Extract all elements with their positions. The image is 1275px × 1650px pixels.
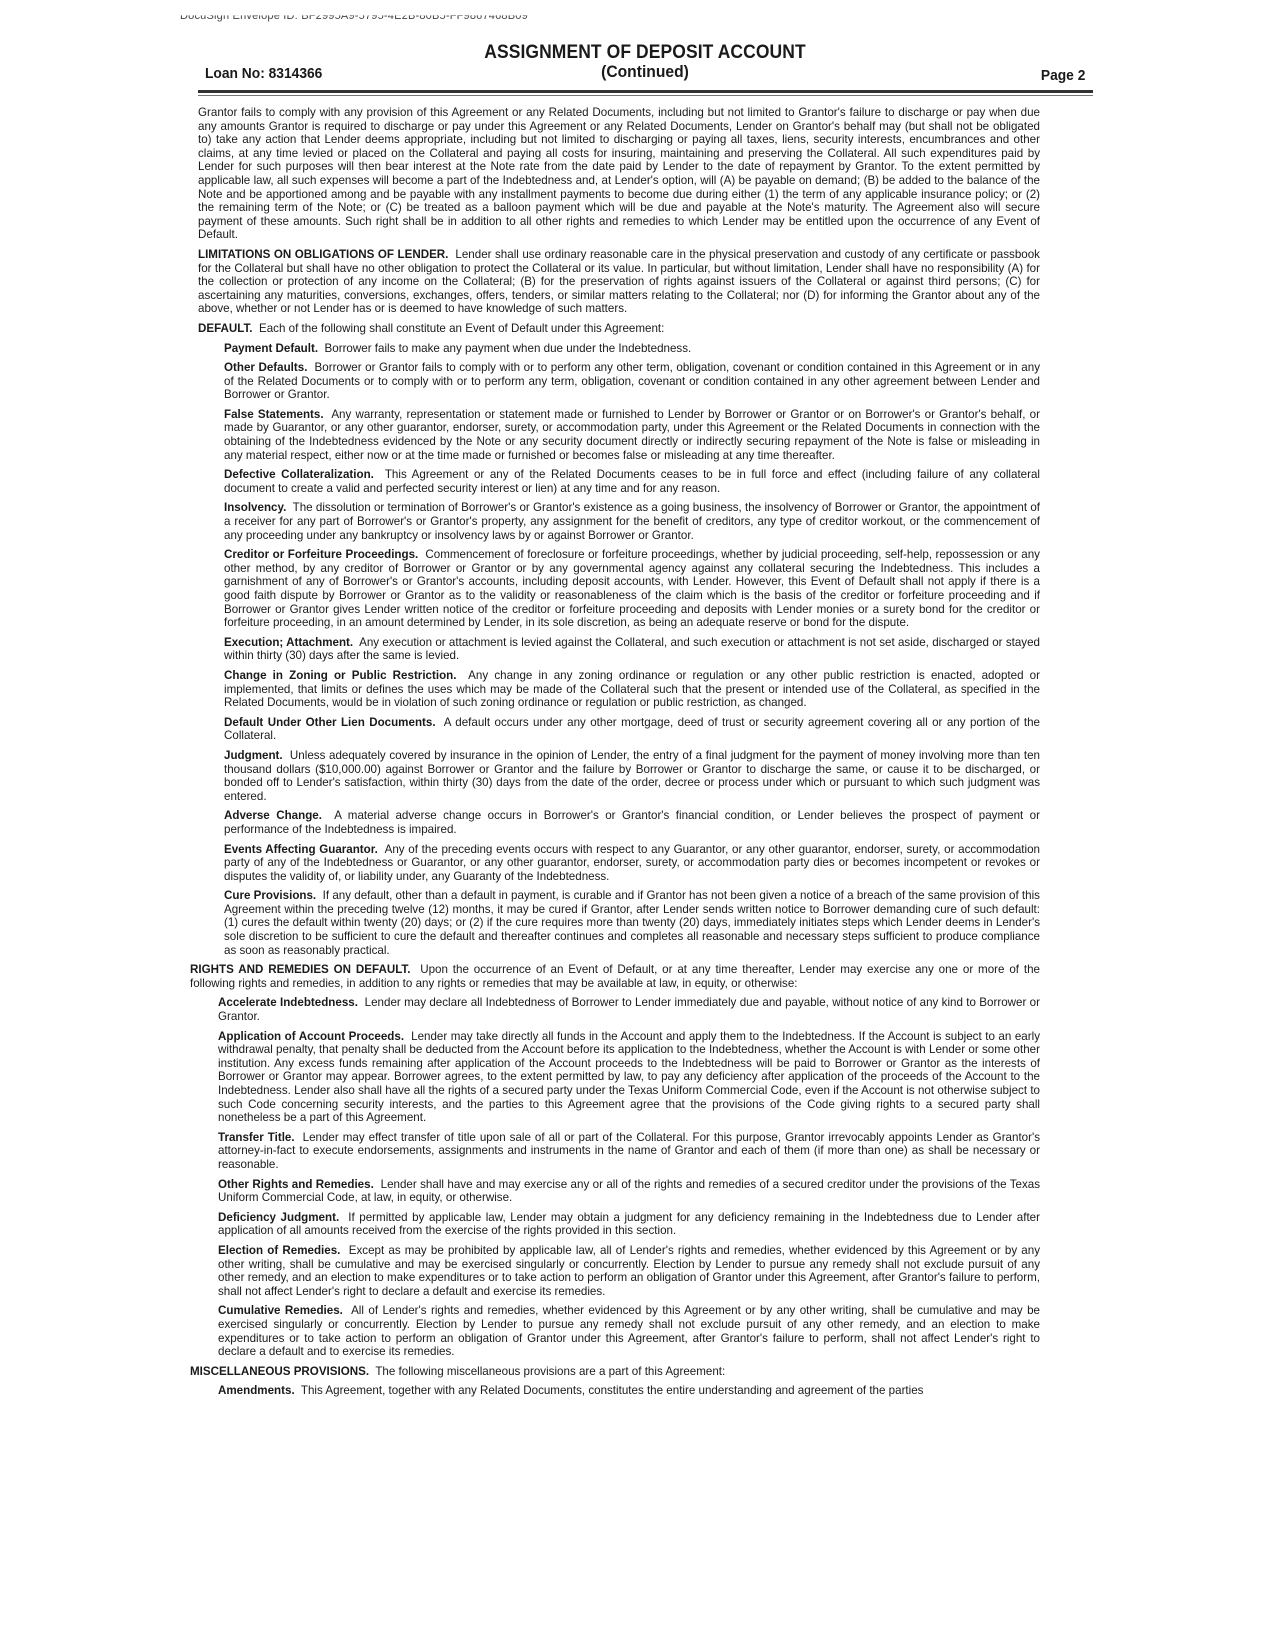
section-default: DEFAULT. Each of the following shall con…	[190, 322, 1040, 336]
item-heading: Events Affecting Guarantor.	[224, 843, 378, 856]
default-item: Judgment. Unless adequately covered by i…	[190, 749, 1040, 803]
item-text: Lender may take directly all funds in th…	[218, 1030, 1040, 1125]
section-rights-remedies: RIGHTS AND REMEDIES ON DEFAULT. Upon the…	[190, 963, 1040, 990]
item-text: Borrower or Grantor fails to comply with…	[224, 361, 1040, 401]
item-heading: Insolvency.	[224, 501, 286, 514]
item-heading: Cumulative Remedies.	[218, 1304, 343, 1317]
default-item: Adverse Change. A material adverse chang…	[190, 809, 1040, 836]
section-text: Each of the following shall constitute a…	[259, 322, 664, 335]
section-heading: LIMITATIONS ON OBLIGATIONS OF LENDER.	[198, 248, 448, 261]
item-text: A material adverse change occurs in Borr…	[224, 809, 1040, 836]
document-title: ASSIGNMENT OF DEPOSIT ACCOUNT	[240, 42, 1050, 64]
item-heading: Judgment.	[224, 749, 283, 762]
item-text: If permitted by applicable law, Lender m…	[218, 1211, 1040, 1238]
item-heading: Execution; Attachment.	[224, 636, 353, 649]
rights-item: Cumulative Remedies. All of Lender's rig…	[190, 1304, 1040, 1358]
document-subtitle: (Continued)	[240, 62, 1050, 82]
default-item: Change in Zoning or Public Restriction. …	[190, 669, 1040, 710]
default-item: Cure Provisions. If any default, other t…	[190, 889, 1040, 957]
rights-item: Election of Remedies. Except as may be p…	[190, 1244, 1040, 1298]
rights-item: Other Rights and Remedies. Lender shall …	[190, 1178, 1040, 1205]
item-heading: Cure Provisions.	[224, 889, 316, 902]
item-text: If any default, other than a default in …	[224, 889, 1040, 956]
page-number: Page 2	[1040, 67, 1085, 84]
item-heading: Application of Account Proceeds.	[218, 1030, 404, 1043]
item-heading: Transfer Title.	[218, 1131, 295, 1144]
section-heading: RIGHTS AND REMEDIES ON DEFAULT.	[190, 963, 410, 976]
default-item: False Statements. Any warranty, represen…	[190, 408, 1040, 462]
default-item: Events Affecting Guarantor. Any of the p…	[190, 843, 1040, 884]
rights-item: Deficiency Judgment. If permitted by app…	[190, 1211, 1040, 1238]
item-text: Unless adequately covered by insurance i…	[224, 749, 1040, 803]
item-heading: Change in Zoning or Public Restriction.	[224, 669, 456, 682]
item-text: Except as may be prohibited by applicabl…	[218, 1244, 1040, 1298]
envelope-id: DocuSign Envelope ID: BF2995A9-5795-4E2B…	[180, 10, 528, 22]
section-limitations: LIMITATIONS ON OBLIGATIONS OF LENDER. Le…	[190, 248, 1040, 316]
rights-item: Accelerate Indebtedness. Lender may decl…	[190, 996, 1040, 1023]
default-item: Defective Collateralization. This Agreem…	[190, 468, 1040, 495]
item-text: Any warranty, representation or statemen…	[224, 408, 1040, 462]
item-text: Lender may effect transfer of title upon…	[218, 1131, 1040, 1171]
item-heading: Accelerate Indebtedness.	[218, 996, 358, 1009]
document-body: Grantor fails to comply with any provisi…	[190, 106, 1040, 1404]
rights-item: Application of Account Proceeds. Lender …	[190, 1030, 1040, 1125]
section-heading: DEFAULT.	[198, 322, 253, 335]
misc-item: Amendments. This Agreement, together wit…	[190, 1384, 1040, 1398]
item-heading: False Statements.	[224, 408, 324, 421]
default-item: Other Defaults. Borrower or Grantor fail…	[190, 361, 1040, 402]
default-item: Execution; Attachment. Any execution or …	[190, 636, 1040, 663]
intro-paragraph: Grantor fails to comply with any provisi…	[190, 106, 1040, 242]
default-item: Insolvency. The dissolution or terminati…	[190, 501, 1040, 542]
item-heading: Other Defaults.	[224, 361, 307, 374]
section-heading: MISCELLANEOUS PROVISIONS.	[190, 1365, 369, 1378]
item-heading: Creditor or Forfeiture Proceedings.	[224, 548, 418, 561]
item-heading: Deficiency Judgment.	[218, 1211, 339, 1224]
loan-number: Loan No: 8314366	[205, 65, 322, 82]
header-rule	[198, 90, 1093, 93]
item-text: Borrower fails to make any payment when …	[325, 342, 692, 355]
item-heading: Default Under Other Lien Documents.	[224, 716, 436, 729]
item-text: This Agreement, together with any Relate…	[301, 1384, 924, 1397]
item-text: The dissolution or termination of Borrow…	[224, 501, 1040, 541]
page-header: ASSIGNMENT OF DEPOSIT ACCOUNT (Continued…	[205, 42, 1085, 87]
default-item: Default Under Other Lien Documents. A de…	[190, 716, 1040, 743]
default-item: Payment Default. Borrower fails to make …	[190, 342, 1040, 356]
item-heading: Amendments.	[218, 1384, 295, 1397]
header-rule-thin	[198, 95, 1093, 96]
section-text: The following miscellaneous provisions a…	[375, 1365, 725, 1378]
item-heading: Payment Default.	[224, 342, 318, 355]
rights-item: Transfer Title. Lender may effect transf…	[190, 1131, 1040, 1172]
item-heading: Defective Collateralization.	[224, 468, 374, 481]
item-heading: Other Rights and Remedies.	[218, 1178, 374, 1191]
section-miscellaneous: MISCELLANEOUS PROVISIONS. The following …	[190, 1365, 1040, 1379]
item-heading: Adverse Change.	[224, 809, 322, 822]
default-item: Creditor or Forfeiture Proceedings. Comm…	[190, 548, 1040, 630]
item-heading: Election of Remedies.	[218, 1244, 340, 1257]
